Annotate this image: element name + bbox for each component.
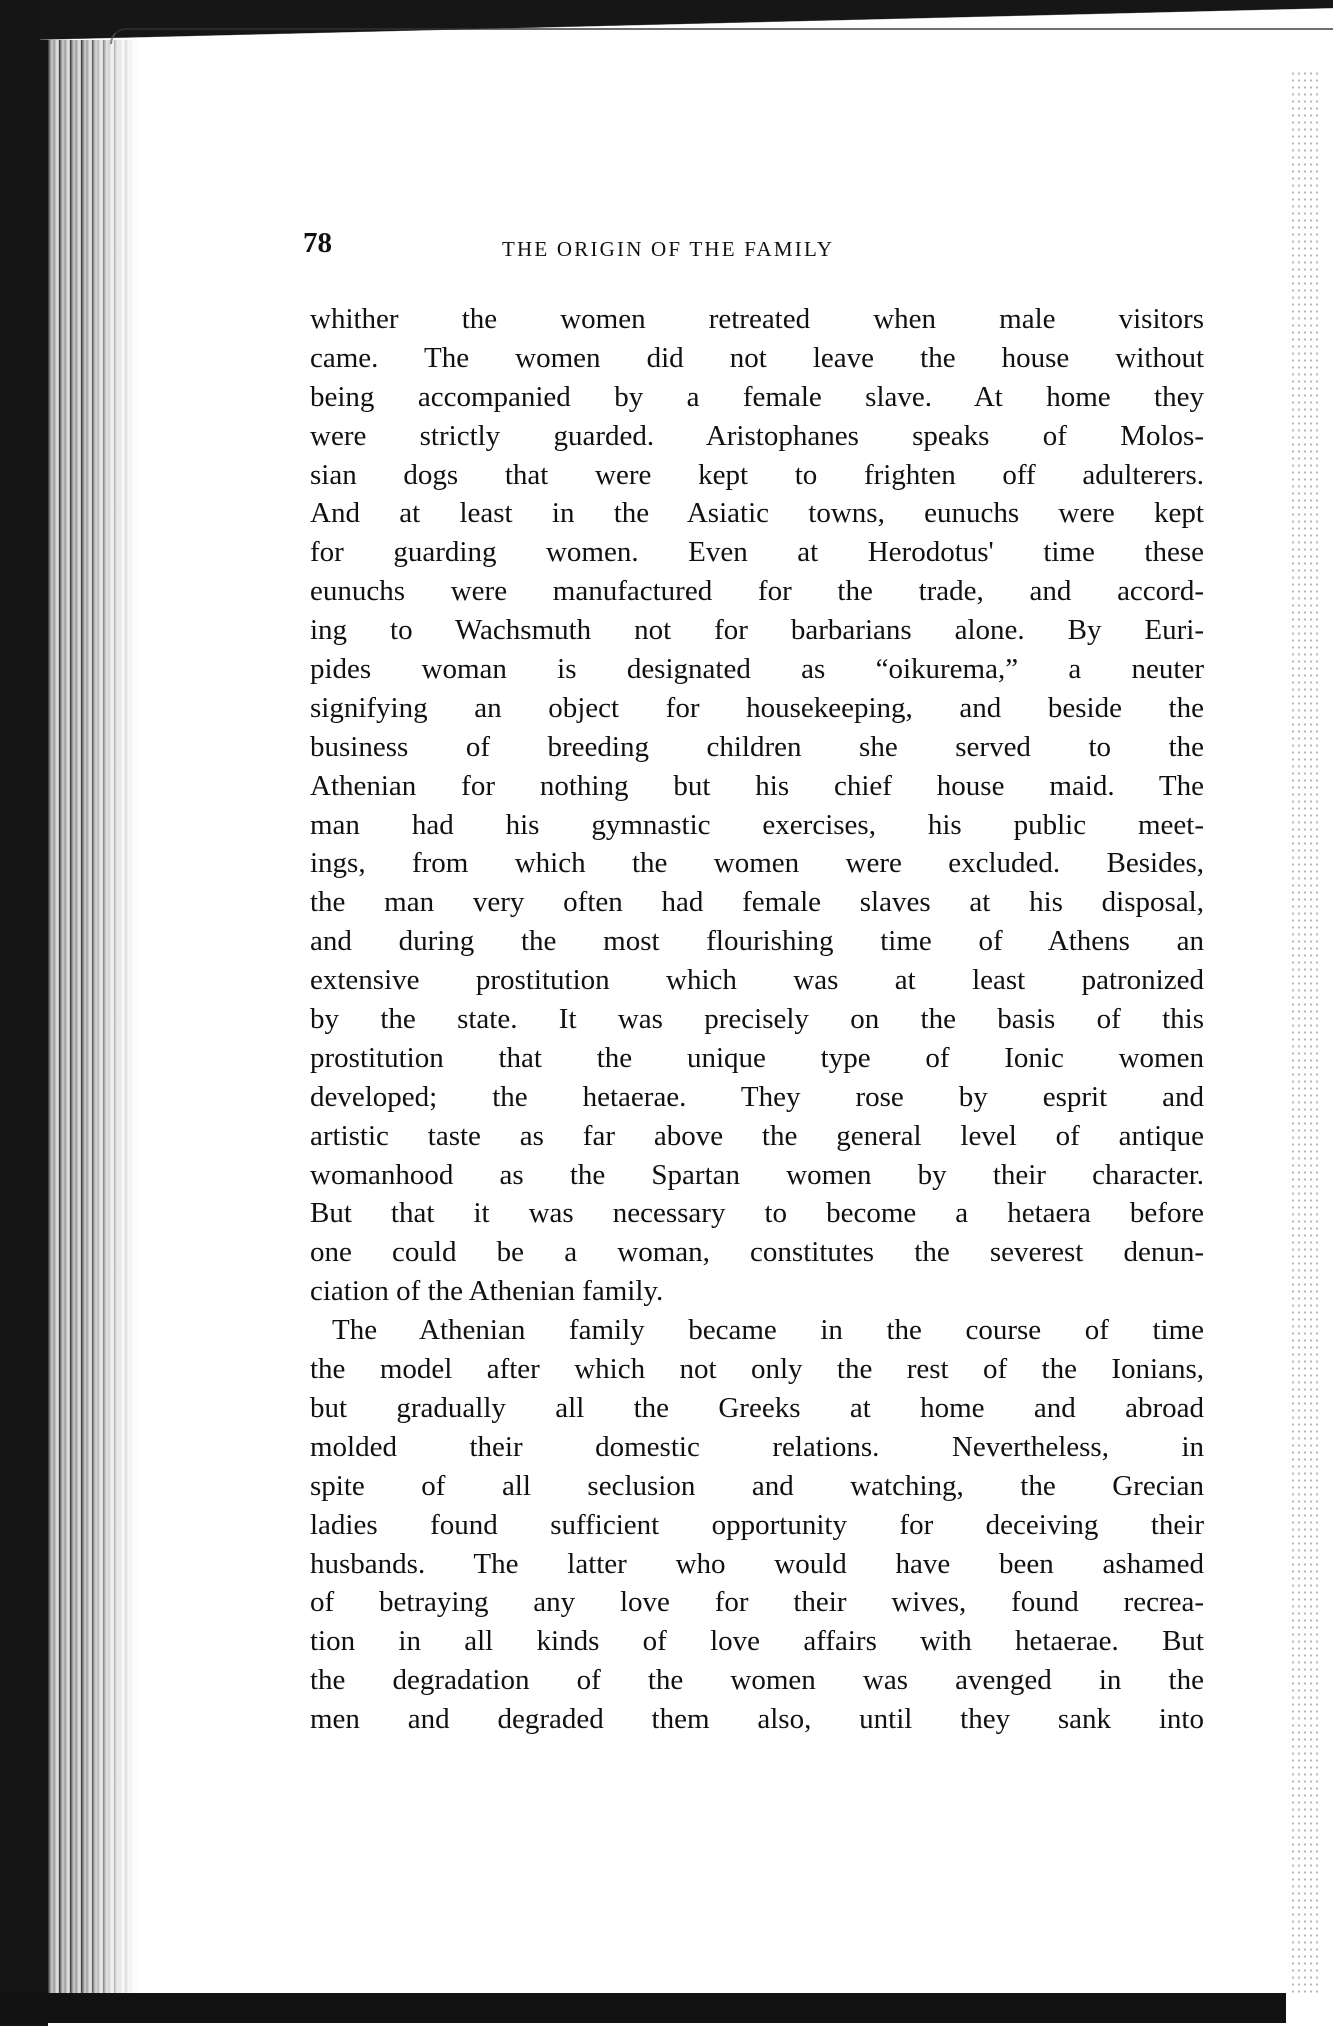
scan-page-edge-right <box>1290 70 1320 1995</box>
text-line: husbands. The latter who would have been… <box>310 1545 1204 1584</box>
text-line: ings, from which the women were excluded… <box>310 844 1204 883</box>
text-line: signifying an object for housekeeping, a… <box>310 689 1204 728</box>
text-line: molded their domestic relations. Neverth… <box>310 1428 1204 1467</box>
text-line: whither the women retreated when male vi… <box>310 300 1204 339</box>
text-line: ladies found sufficient opportunity for … <box>310 1506 1204 1545</box>
text-line: were strictly guarded. Aristophanes spea… <box>310 417 1204 456</box>
text-line: ing to Wachsmuth not for barbarians alon… <box>310 611 1204 650</box>
paragraph-start-line: The Athenian family became in the course… <box>310 1311 1204 1350</box>
text-line: spite of all seclusion and watching, the… <box>310 1467 1204 1506</box>
text-line: extensive prostitution which was at leas… <box>310 961 1204 1000</box>
running-head: THE ORIGIN OF THE FAMILY <box>502 236 982 262</box>
text-line: eunuchs were manufactured for the trade,… <box>310 572 1204 611</box>
text-line: came. The women did not leave the house … <box>310 339 1204 378</box>
scan-page-edge-left <box>48 20 138 2000</box>
text-line: of betraying any love for their wives, f… <box>310 1583 1204 1622</box>
text-line: the man very often had female slaves at … <box>310 883 1204 922</box>
text-line: for guarding women. Even at Herodotus' t… <box>310 533 1204 572</box>
text-line: And at least in the Asiatic towns, eunuc… <box>310 494 1204 533</box>
text-line: the model after which not only the rest … <box>310 1350 1204 1389</box>
text-line: Athenian for nothing but his chief house… <box>310 767 1204 806</box>
text-line: ciation of the Athenian family. <box>310 1272 1204 1311</box>
text-line: the degradation of the women was avenged… <box>310 1661 1204 1700</box>
text-line: But that it was necessary to become a he… <box>310 1194 1204 1233</box>
text-line: by the state. It was precisely on the ba… <box>310 1000 1204 1039</box>
text-line: developed; the hetaerae. They rose by es… <box>310 1078 1204 1117</box>
text-line: pides woman is designated as “oikurema,”… <box>310 650 1204 689</box>
scan-page-corner <box>110 28 1333 44</box>
text-line: womanhood as the Spartan women by their … <box>310 1156 1204 1195</box>
text-line: business of breeding children she served… <box>310 728 1204 767</box>
text-line: tion in all kinds of love affairs with h… <box>310 1622 1204 1661</box>
text-line: man had his gymnastic exercises, his pub… <box>310 806 1204 845</box>
text-line: being accompanied by a female slave. At … <box>310 378 1204 417</box>
text-line: and during the most flourishing time of … <box>310 922 1204 961</box>
text-line: men and degraded them also, until they s… <box>310 1700 1204 1739</box>
text-line: artistic taste as far above the general … <box>310 1117 1204 1156</box>
text-line: prostitution that the unique type of Ion… <box>310 1039 1204 1078</box>
text-line: but gradually all the Greeks at home and… <box>310 1389 1204 1428</box>
text-line: one could be a woman, constitutes the se… <box>310 1233 1204 1272</box>
scan-bottom-shadow <box>0 1993 1286 2023</box>
text-line: sian dogs that were kept to frighten off… <box>310 456 1204 495</box>
page-number: 78 <box>303 226 332 260</box>
body-text: whither the women retreated when male vi… <box>310 300 1204 1739</box>
scan-binding-shadow <box>0 0 48 2026</box>
